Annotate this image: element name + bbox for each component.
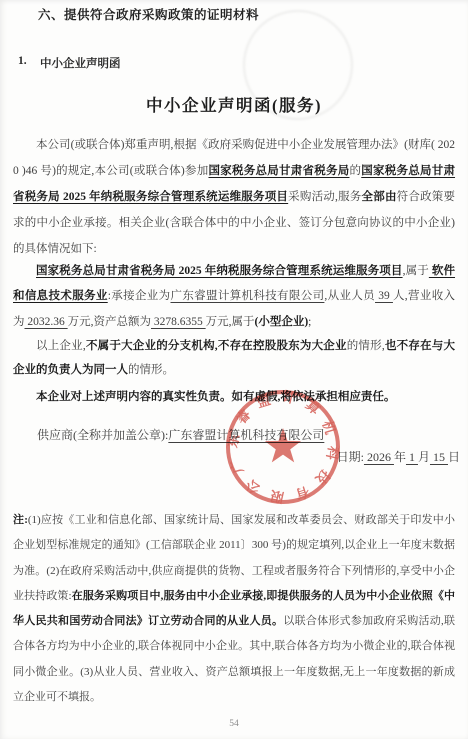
text-run: 以联合体形式参加政府采购活动,联合体各方均为中小企业的,联合体视同中小企业。其中… [13, 615, 455, 703]
paragraph-notes: 注:(1)应按《工业和信息化部、国家统计局、国家发展和改革委员会、财政部关于印发… [13, 508, 455, 710]
text-run: 不属于大企业的分支机构,不存在控股股东为大企业 [86, 340, 347, 352]
text-run: 万元,资产总额为 [68, 316, 151, 328]
page-number: 54 [0, 719, 468, 729]
text-run: 的情形, [347, 340, 385, 352]
text-run: 广东睿盟计算机科技有限公司 [170, 290, 324, 302]
paragraph-not-large-enterprise: 以上企业,不属于大企业的分支机构,不存在控股股东为大企业的情形,也不存在与大企业… [13, 334, 455, 383]
text-run: 日 [448, 450, 460, 464]
text-run: 的情形。 [128, 364, 174, 376]
text-run: 3278.6355 [151, 316, 206, 328]
paragraph-declaration: 本公司(或联合体)郑重声明,根据《政府采购促进中小企业发展管理办法》(财库( 2… [13, 132, 455, 262]
text-run: 以上企业, [36, 340, 86, 352]
text-run: 月 [418, 450, 430, 464]
document-page: 六、提供符合政府采购政策的证明材料 1. 中小企业声明函 中小企业声明函(服务)… [0, 0, 468, 739]
text-run: 全部由 [362, 191, 397, 203]
text-run: 的 [349, 165, 361, 177]
section-heading: 六、提供符合政府采购政策的证明材料 [38, 5, 455, 23]
text-run: :承接企业为 [108, 290, 171, 302]
document-title: 中小企业声明函(服务) [0, 92, 468, 116]
paragraph-project-details: 国家税务总局甘肃省税务局 2025 年纳税服务综合管理系统运维服务项目,属于 软… [13, 259, 455, 336]
text-run: (1)应按《工业和信息化部、国家统计局、国家发展和改革委员会、财政部关于印发中小… [13, 514, 455, 602]
text-run: 采购活动,服务 [288, 191, 361, 203]
text-run: 1 [406, 450, 418, 464]
text-run: 注: [13, 514, 28, 526]
text-run: 万元,属于 [206, 316, 255, 328]
text-run: 年 [394, 450, 406, 464]
company-seal-stamp: 广东睿盟计算机科技有限公司 [221, 385, 345, 509]
seal-graphic: 广东睿盟计算机科技有限公司 [221, 385, 345, 509]
text-run: ; [308, 316, 311, 328]
text-run: 15 [430, 450, 448, 464]
text-run: 39 [375, 290, 393, 302]
item-label: 中小企业声明函 [40, 55, 121, 71]
text-run: ,从业人员 [324, 290, 375, 302]
text-run: (小型企业) [255, 316, 309, 328]
text-run: 国家税务总局甘肃省税务局 [208, 165, 349, 177]
item-number: 1. [18, 55, 40, 71]
text-run: 供应商(全称并加盖公章): [37, 428, 168, 442]
text-run: ,属于 [403, 265, 429, 277]
list-item-declaration: 1. 中小企业声明函 [18, 55, 455, 71]
text-run: 2026 [364, 450, 394, 464]
text-run: 国家税务总局甘肃省税务局 2025 年纳税服务综合管理系统运维服务项目 [36, 265, 403, 277]
text-run: 2032.36 [25, 316, 68, 328]
seal-star-icon [265, 428, 301, 462]
